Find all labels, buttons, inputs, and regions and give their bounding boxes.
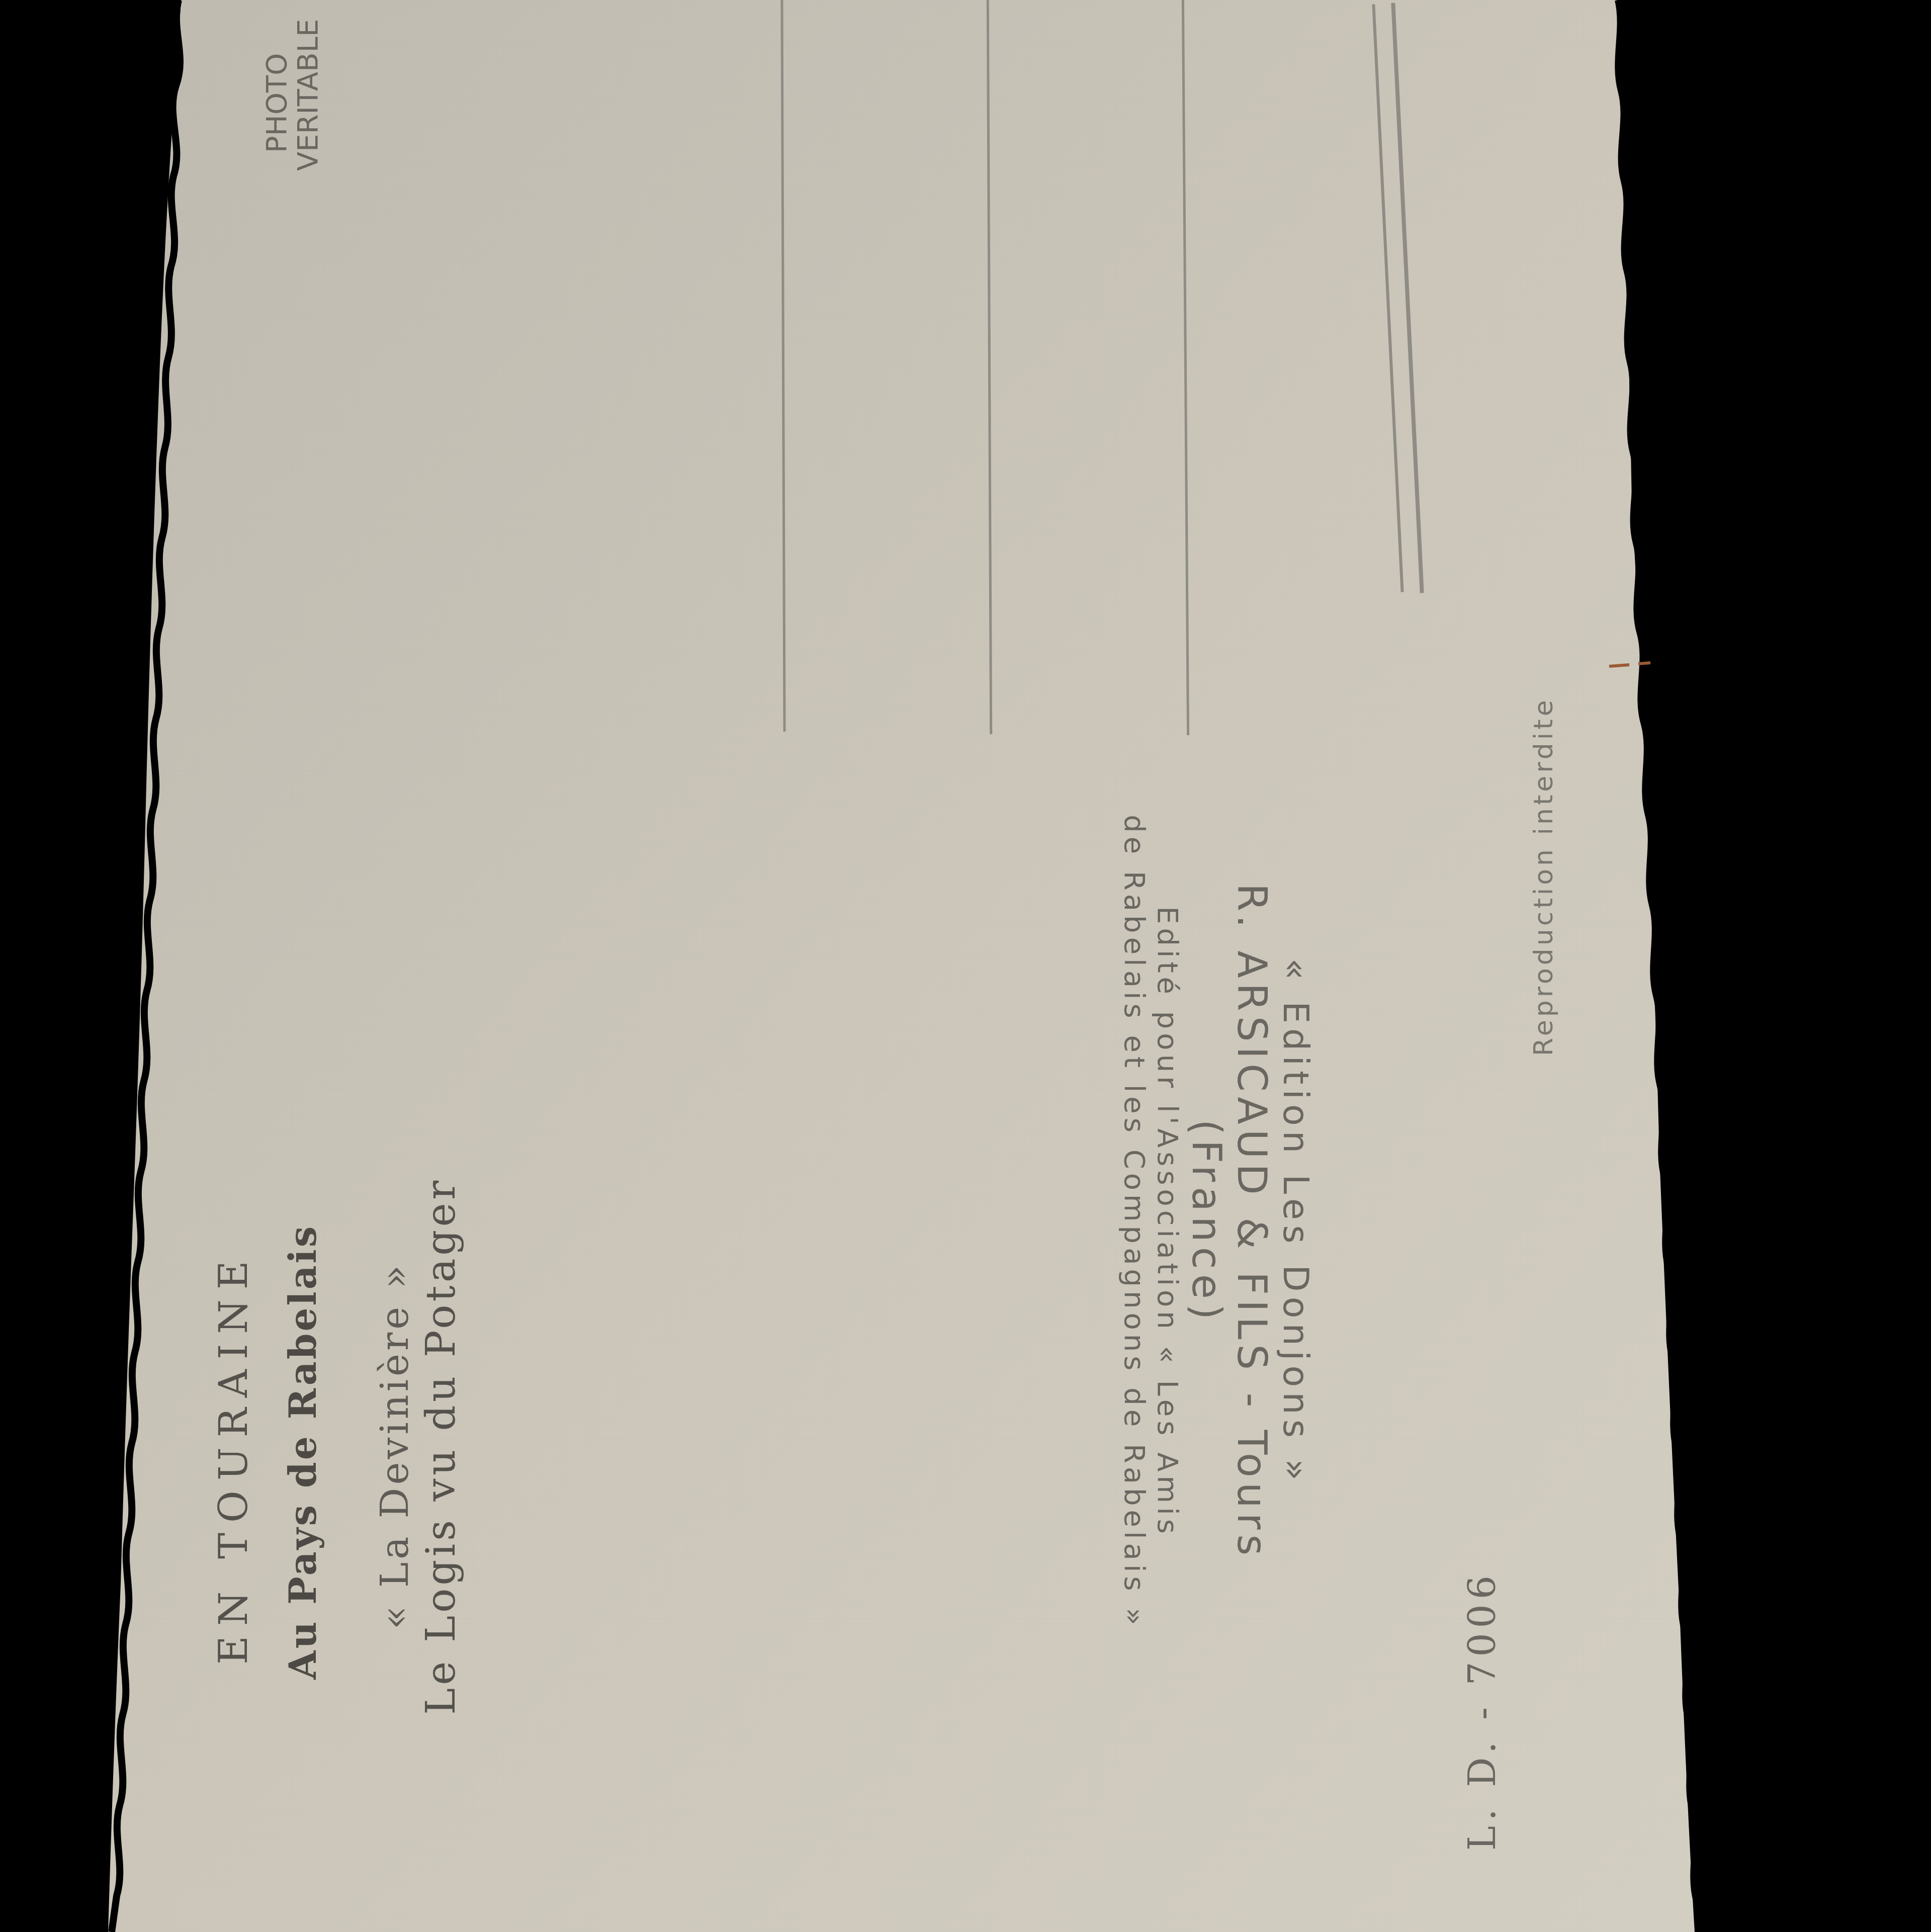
publisher-association: de Rabelais et les Compagnons de Rabelai… bbox=[1117, 779, 1151, 1664]
publisher-edition: « Edition Les Donjons » bbox=[1274, 779, 1318, 1664]
reproduction-notice: Reproduction interdite bbox=[1529, 697, 1559, 1056]
photo-veritable-mark: PHOTO VERITABLE bbox=[261, 19, 324, 171]
publisher-name: R. ARSICAUD & FILS - Tours (France) bbox=[1184, 779, 1274, 1664]
publisher-for: Edité pour l'Association « Les Amis bbox=[1151, 779, 1184, 1664]
caption: Le Logis vu du Potager bbox=[417, 1178, 464, 1715]
reference-number: L. D. - 7006 bbox=[1461, 1570, 1504, 1851]
photo-mark-line1: PHOTO bbox=[261, 19, 293, 171]
publisher-block: « Edition Les Donjons » R. ARSICAUD & FI… bbox=[1117, 779, 1318, 1664]
photo-mark-line2: VERITABLE bbox=[293, 19, 324, 171]
subtitle: Au Pays de Rabelais bbox=[282, 1224, 325, 1680]
postcard: EN TOURAINE Au Pays de Rabelais « La Dev… bbox=[0, 0, 1931, 1932]
region-title: EN TOURAINE bbox=[211, 1251, 256, 1664]
place-name: « La Devinière » bbox=[372, 1262, 417, 1629]
